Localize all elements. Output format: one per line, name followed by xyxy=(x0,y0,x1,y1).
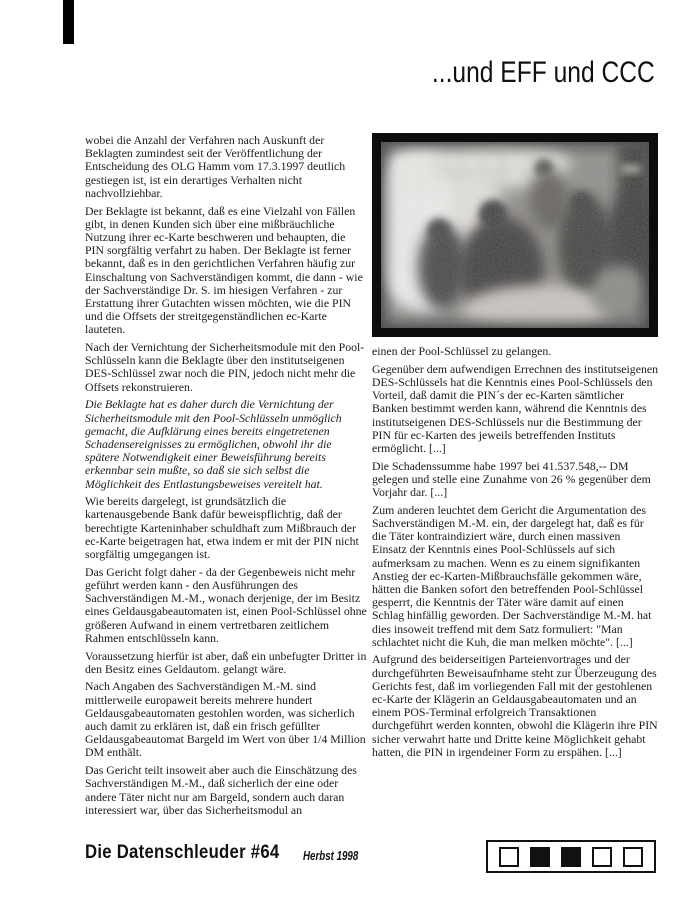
article-right-column: einen der Pool-Schlüssel zu gelangen.Geg… xyxy=(372,345,658,764)
paragraph: einen der Pool-Schlüssel zu gelangen. xyxy=(372,345,658,358)
paragraph: Voraussetzung hierfür ist aber, daß ein … xyxy=(85,650,367,676)
registration-mark xyxy=(63,0,74,44)
article-left-column: wobei die Anzahl der Verfahren nach Ausk… xyxy=(85,134,367,821)
paragraph: Nach der Vernichtung der Sicherheitsmodu… xyxy=(85,341,367,394)
paragraph: Nach Angaben des Sachverständigen M.-M. … xyxy=(85,680,367,759)
paragraph: Gegenüber dem aufwendigen Errechnen des … xyxy=(372,363,658,455)
page-indicator-square-outline xyxy=(623,847,643,867)
paragraph: Das Gericht teilt insoweit aber auch die… xyxy=(85,764,367,817)
surveillance-photo xyxy=(372,133,658,337)
paragraph: Die Schadenssumme habe 1997 bei 41.537.5… xyxy=(372,460,658,500)
page-indicator-square-outline xyxy=(499,847,519,867)
paragraph: Aufgrund des beiderseitigen Parteienvort… xyxy=(372,653,658,759)
page-indicator-square-outline xyxy=(592,847,612,867)
surveillance-photo-image xyxy=(381,142,649,328)
page-indicator xyxy=(486,840,656,873)
page-title: ...und EFF und CCC xyxy=(432,56,655,90)
paragraph: Wie bereits dargelegt, ist grundsätzlich… xyxy=(85,495,367,561)
page-indicator-square-filled xyxy=(530,847,550,867)
paragraph: Der Beklagte ist bekannt, daß es eine Vi… xyxy=(85,205,367,337)
paragraph: Das Gericht folgt daher - da der Gegenbe… xyxy=(85,566,367,645)
footer-magazine-title: Die Datenschleuder #64 xyxy=(85,842,279,864)
paragraph: Die Beklagte hat es daher durch die Vern… xyxy=(85,398,367,490)
paragraph: Zum anderen leuchtet dem Gericht die Arg… xyxy=(372,504,658,649)
footer-issue-date: Herbst 1998 xyxy=(303,849,358,863)
paragraph: wobei die Anzahl der Verfahren nach Ausk… xyxy=(85,134,367,200)
page-indicator-square-filled xyxy=(561,847,581,867)
